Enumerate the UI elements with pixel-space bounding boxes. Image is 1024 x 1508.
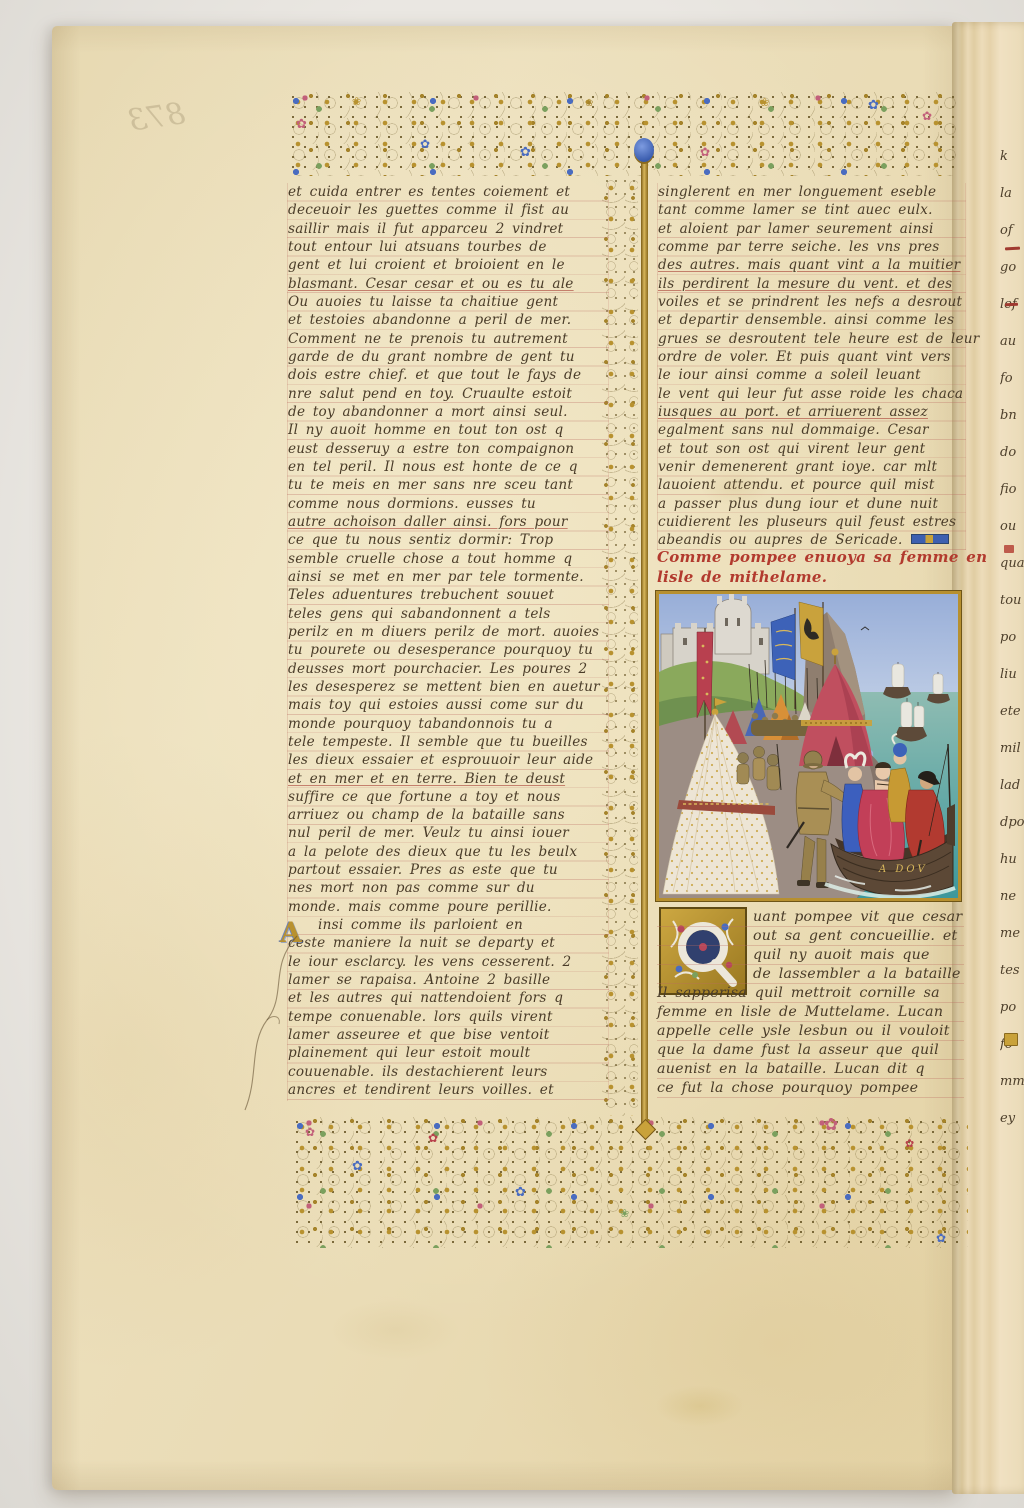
text-line: des autres. mais quant vint a la muitier — [658, 256, 965, 274]
text-fragment: mil — [1000, 730, 1024, 767]
text-fragment: go — [1000, 249, 1024, 286]
text-line: ce que tu nous sentiz dormir: Trop — [288, 531, 608, 549]
text-line: gent et lui croient et broioient en le — [288, 256, 608, 274]
text-line: ordre de voler. Et puis quant vint vers — [658, 348, 965, 366]
text-fragment: mm — [1000, 1063, 1024, 1100]
flower-icon: ✿ — [936, 1232, 946, 1244]
text-line: ancres et tendirent leurs voilles. et — [288, 1081, 608, 1099]
text-line: lamer se rapaisa. Antoine 2 basille — [288, 971, 608, 989]
next-page-text-fragments: klaofgolefaufobndofioouquatoupoliuetemil… — [1000, 138, 1024, 1148]
gold-edge-mark — [1004, 1033, 1018, 1046]
text-line: lamer asseuree et que bise ventoit — [288, 1026, 608, 1044]
flower-icon: ✿ — [420, 138, 430, 150]
text-fragment: po — [1000, 619, 1024, 656]
text-line: le vent qui leur fut asse roide les chac… — [658, 385, 965, 403]
text-line: dois estre chief. et que tout le fays de — [288, 366, 608, 384]
text-line: quil ny auoit mais que — [657, 946, 964, 965]
text-line: ce fut la chose pourquoy pompee — [657, 1079, 964, 1098]
text-fragment: liu — [1000, 656, 1024, 693]
text-line: que la dame fust la asseur que quil — [657, 1041, 964, 1060]
text-line: singlerent en mer longuement eseble — [658, 183, 965, 201]
text-line: et tout son ost qui virent leur gent — [658, 440, 965, 458]
text-line: tu te meis en mer sans nre sceu tant — [288, 476, 608, 494]
text-line: le iour esclarcy. les vens cesserent. 2 — [288, 953, 608, 971]
text-line: deceuoir les guettes comme il fist au — [288, 201, 608, 219]
text-line: comme nous dormions. eusses tu — [288, 495, 608, 513]
text-line: insi comme ils parloient en — [288, 916, 608, 934]
text-line: mais toy qui estoies aussi come sur du — [288, 696, 608, 714]
text-line: eust desseruy a estre ton compaignon — [288, 440, 608, 458]
text-line: tele tempeste. Il semble que tu bueilles — [288, 733, 608, 751]
flower-icon: ❀ — [620, 1208, 629, 1219]
pen-flourish — [225, 928, 315, 1118]
flower-icon: ❀ — [585, 99, 593, 109]
text-line: suffire ce que fortune a toy et nous — [288, 788, 608, 806]
text-fragment: fio — [1000, 471, 1024, 508]
text-line: out sa gent concueillie. et — [657, 927, 964, 946]
red-edge-mark — [1005, 303, 1018, 306]
miniature-painting: A DOV — [656, 591, 961, 901]
text-line: et departir densemble. ainsi comme les — [658, 311, 965, 329]
flower-icon: ✿ — [296, 118, 307, 131]
text-line: les dieux essaier et esprouuoir leur aid… — [288, 751, 608, 769]
flower-icon: ✿ — [515, 1186, 526, 1199]
text-line: ainsi se met en mer par tele tormente. — [288, 568, 608, 586]
text-fragment: ou — [1000, 508, 1024, 545]
text-line: de toy abandonner a mort ainsi seul. — [288, 403, 608, 421]
text-line: et en mer et en terre. Bien te deust — [288, 770, 608, 788]
rubric-line-1: Comme pompee enuoya sa femme en — [657, 548, 964, 568]
text-line: semble cruelle chose a tout homme q — [288, 550, 608, 568]
text-fragment: ne — [1000, 878, 1024, 915]
text-line: le iour ainsi comme a soleil leuant — [658, 366, 965, 384]
flower-icon: ✿ — [824, 1117, 838, 1134]
text-fragment: ey — [1000, 1100, 1024, 1137]
flower-icon: ✿ — [305, 1126, 315, 1138]
flower-icon: ✿ — [352, 1160, 363, 1173]
text-fragment: la — [1000, 175, 1024, 212]
text-line: de lassembler a la bataille — [657, 965, 964, 984]
text-line: comme par terre seiche. les vns pres — [658, 238, 965, 256]
text-line: nul peril de mer. Veulz tu ainsi iouer — [288, 824, 608, 842]
text-line: femme en lisle de Muttelame. Lucan — [657, 1003, 964, 1022]
text-line: a la pelote des dieux que tu les beulx — [288, 843, 608, 861]
text-line: voiles et se prindrent les nefs a desrou… — [658, 293, 965, 311]
text-line: couuenable. ils destachierent leurs — [288, 1063, 608, 1081]
text-line: abeandis ou aupres de Sericade. — [658, 531, 965, 549]
text-line: saillir mais il fut apparceu 2 vindret — [288, 220, 608, 238]
text-line: blasmant. Cesar cesar et ou es tu ale — [288, 275, 608, 293]
text-line: lauoient attendu. et pource quil mist — [658, 476, 965, 494]
text-fragment: lad — [1000, 767, 1024, 804]
text-line: et les autres qui nattendoient fors q — [288, 989, 608, 1007]
text-line: autre achoison daller ainsi. fors pour — [288, 513, 608, 531]
text-line: tempe conuenable. lors quils virent — [288, 1008, 608, 1026]
text-line: appelle celle ysle lesbun ou il vouloit — [657, 1022, 964, 1041]
text-line: tu pourete ou desesperance pourquoy tu — [288, 641, 608, 659]
flower-icon: ❀ — [352, 96, 361, 107]
top-border-ornament — [288, 92, 962, 176]
text-line: et testoies abandonne a peril de mer. — [288, 311, 608, 329]
text-line: Ou auoies tu laisse ta chaitiue gent — [288, 293, 608, 311]
text-fragment: do — [1000, 434, 1024, 471]
manuscript-photo: klaofgolefaufobndofioouquatoupoliuetemil… — [0, 0, 1024, 1508]
text-fragment: fo — [1000, 360, 1024, 397]
text-fragment: au — [1000, 323, 1024, 360]
text-line: tout entour lui atsuans tourbes de — [288, 238, 608, 256]
stern-post — [947, 804, 955, 846]
text-fragment: tou — [1000, 582, 1024, 619]
text-line: deusses mort pourchacier. Les poures 2 — [288, 660, 608, 678]
text-fragment: of — [1000, 212, 1024, 249]
text-line: perilz en m diuers perilz de mort. auoie… — [288, 623, 608, 641]
text-line: arriuez ou champ de la bataille sans — [288, 806, 608, 824]
text-fragment: hu — [1000, 841, 1024, 878]
text-line: en tel peril. Il nous est honte de ce q — [288, 458, 608, 476]
text-line: nes mort non pas comme sur du — [288, 879, 608, 897]
text-fragment: po — [1000, 989, 1024, 1026]
text-line: cuidierent les pluseurs quil feust estre… — [658, 513, 965, 531]
text-line: venir demenerent grant ioye. car mlt — [658, 458, 965, 476]
text-line: iusques au port. et arriuerent assez — [658, 403, 965, 421]
rubric-line-2: lisle de mithelame. — [657, 568, 964, 588]
text-line: tant comme lamer se tint auec eulx. — [658, 201, 965, 219]
flower-icon: ✿ — [922, 110, 932, 122]
text-column-right-bottom: uant pompee vit que cesarout sa gent con… — [657, 908, 964, 1100]
text-line: garde de du grant nombre de gent tu — [288, 348, 608, 366]
bottom-border-ornament — [292, 1117, 968, 1248]
text-column-left: et cuida entrer es tentes coiement etdec… — [287, 183, 609, 1101]
chapter-rubric: Comme pompee enuoya sa femme en lisle de… — [657, 548, 964, 587]
text-fragment: tes — [1000, 952, 1024, 989]
text-fragment: me — [1000, 915, 1024, 952]
text-line: a passer plus dung iour et dune nuit — [658, 495, 965, 513]
text-fragment: k — [1000, 138, 1024, 175]
text-fragment: bn — [1000, 397, 1024, 434]
text-line: grues se desroutent tele heure est de le… — [658, 330, 965, 348]
text-line: egalment sans nul dommaige. Cesar — [658, 421, 965, 439]
text-line: uant pompee vit que cesar — [657, 908, 964, 927]
text-line: partout essaier. Pres as este que tu — [288, 861, 608, 879]
text-line: ceste maniere la nuit se departy et — [288, 934, 608, 952]
flower-icon: ❀ — [760, 97, 769, 108]
hull-lettering: A DOV — [878, 864, 928, 875]
text-line: monde. mais comme poure perillie. — [288, 898, 608, 916]
text-line: nre salut pend en toy. Cruaulte estoit — [288, 385, 608, 403]
bar-top-flower-icon — [634, 138, 654, 162]
text-line: monde pourquoy tabandonnois tu a — [288, 715, 608, 733]
flower-icon: ✿ — [905, 1138, 914, 1149]
text-line: Il sapperisa quil mettroit cornille sa — [657, 984, 964, 1003]
text-fragment: dpo — [1000, 804, 1024, 841]
text-line: Teles aduentures trebuchent souuet — [288, 586, 608, 604]
flower-icon: ✿ — [428, 1132, 438, 1144]
text-line: auenist en la bataille. Lucan dit q — [657, 1060, 964, 1079]
text-line: teles gens qui sabandonnent a tels — [288, 605, 608, 623]
text-line: ils perdirent la mesure du vent. et des — [658, 275, 965, 293]
flower-icon: ✿ — [700, 146, 710, 158]
center-bar-ornament — [641, 152, 648, 1125]
text-column-right-top: singlerent en mer longuement esebletant … — [657, 183, 966, 550]
miniature-scene: A DOV — [659, 594, 958, 898]
text-line: Comment ne te prenois tu autrement — [288, 330, 608, 348]
text-line: les desesperez se mettent bien en auetur — [288, 678, 608, 696]
text-line: plainement qui leur estoit moult — [288, 1044, 608, 1062]
flower-icon: ✿ — [868, 99, 879, 112]
text-line: et cuida entrer es tentes coiement et — [288, 183, 608, 201]
text-fragment: ete — [1000, 693, 1024, 730]
red-edge-mark — [1004, 545, 1014, 553]
text-line: et aloient par lamer seurement ainsi — [658, 220, 965, 238]
flower-icon: ✿ — [520, 146, 531, 159]
text-line: Il ny auoit homme en tout ton ost q — [288, 421, 608, 439]
